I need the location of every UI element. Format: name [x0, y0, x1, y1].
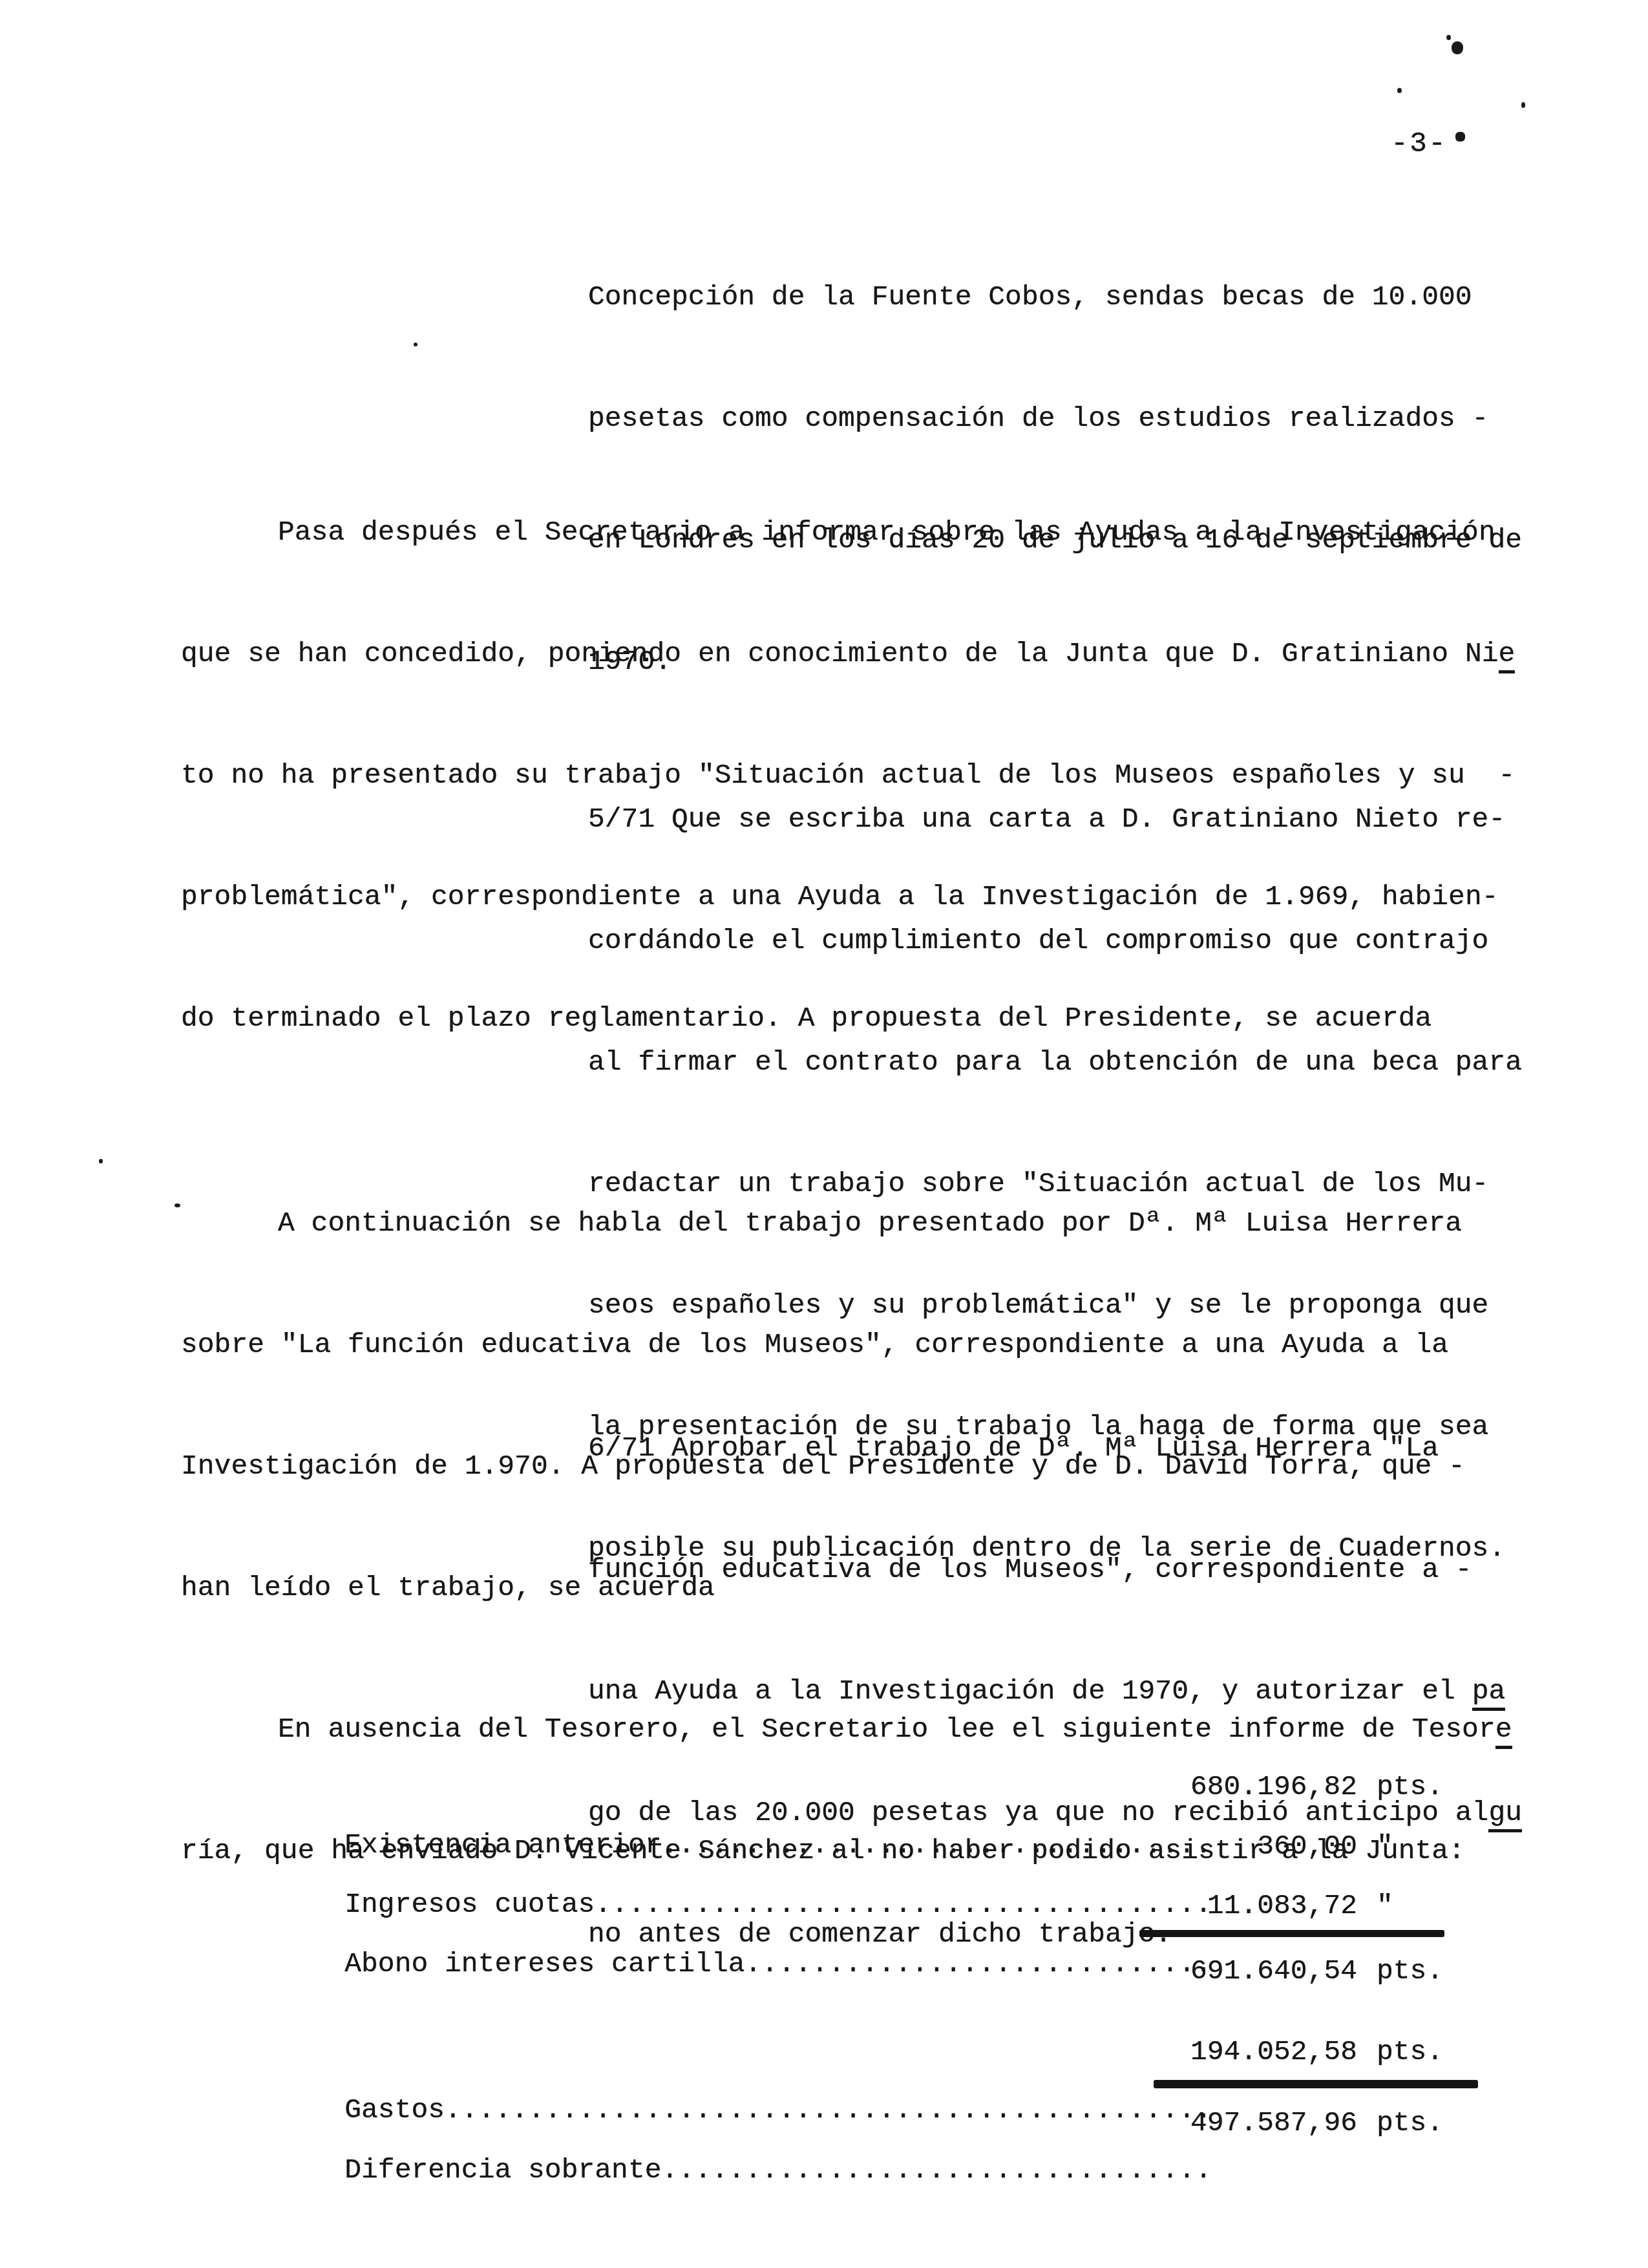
treasury-unit: " [1377, 1877, 1393, 1935]
treasury-unit: " [1377, 1818, 1393, 1876]
underlined-run: e [1499, 638, 1516, 673]
treasury-row-ingresos-cuotas: Ingresos cuotas.........................… [278, 1818, 1596, 1876]
text-line: pesetas como compensación de los estudio… [588, 390, 1522, 448]
treasury-row-abono-intereses: Abono intereses cartilla................… [278, 1877, 1596, 1935]
treasury-amount: 194.052,58 [1060, 2023, 1357, 2081]
text-line: Pasa después el Secretario a informar so… [181, 503, 1515, 562]
text-run: En ausencia del Tesorero, el Secretario … [278, 1713, 1495, 1745]
treasury-row-diferencia-sobrante: Diferencia sobrante.....................… [278, 2083, 1596, 2141]
treasury-unit: pts. [1377, 1758, 1443, 1816]
text-line: al firmar el contrato para la obtención … [588, 1033, 1522, 1092]
text-line: que se han concedido, poniendo en conoci… [181, 625, 1515, 683]
text-line: En ausencia del Tesorero, el Secretario … [181, 1701, 1512, 1759]
treasury-row-existencia-anterior: Existencia anterior.....................… [278, 1758, 1596, 1816]
dot-leader: ................................. [662, 2154, 1212, 2186]
text-run: que se han concedido, poniendo en conoci… [181, 638, 1499, 670]
ink-speck [1521, 102, 1525, 108]
sum-rule [1139, 1930, 1444, 1937]
document-page: -3- Concepción de la Fuente Cobos, senda… [0, 0, 1648, 2268]
treasury-unit: pts. [1377, 2023, 1443, 2081]
ink-speck [1452, 41, 1463, 54]
treasury-amount: 497.587,96 [1060, 2094, 1357, 2152]
underlined-run: e [1495, 1713, 1512, 1749]
ink-speck [1446, 35, 1451, 40]
treasury-label: Diferencia sobrante [344, 2154, 661, 2186]
text-line: 5/71 Que se escriba una carta a D. Grati… [588, 790, 1522, 849]
treasury-row-subtotal: 691.640,54 pts. [278, 1942, 1596, 2000]
treasury-amount: 360,00 [1060, 1818, 1357, 1876]
page-number: -3- [1391, 128, 1447, 160]
text-line: 6/71 Aprobar el trabajo de Dª. Mª Luisa … [588, 1419, 1522, 1478]
ink-speck [174, 1203, 180, 1207]
text-line: cordándole el cumplimiento del compromis… [588, 912, 1522, 970]
treasury-amount: 691.640,54 [1060, 1942, 1357, 2000]
treasury-amount: 11.083,72 [1060, 1877, 1357, 1935]
treasury-amount: 680.196,82 [1060, 1758, 1357, 1816]
text-line: A continuación se habla del trabajo pres… [181, 1194, 1465, 1253]
ink-speck [1397, 88, 1402, 93]
treasury-unit: pts. [1377, 2094, 1443, 2152]
ink-speck [414, 343, 417, 346]
text-line: función educativa de los Museos", corres… [588, 1541, 1522, 1599]
ink-speck [1455, 132, 1465, 142]
treasury-unit: pts. [1377, 1942, 1443, 2000]
treasury-row-gastos: Gastos..................................… [278, 2023, 1596, 2081]
ink-speck [99, 1159, 103, 1163]
text-line: Concepción de la Fuente Cobos, sendas be… [588, 268, 1522, 326]
